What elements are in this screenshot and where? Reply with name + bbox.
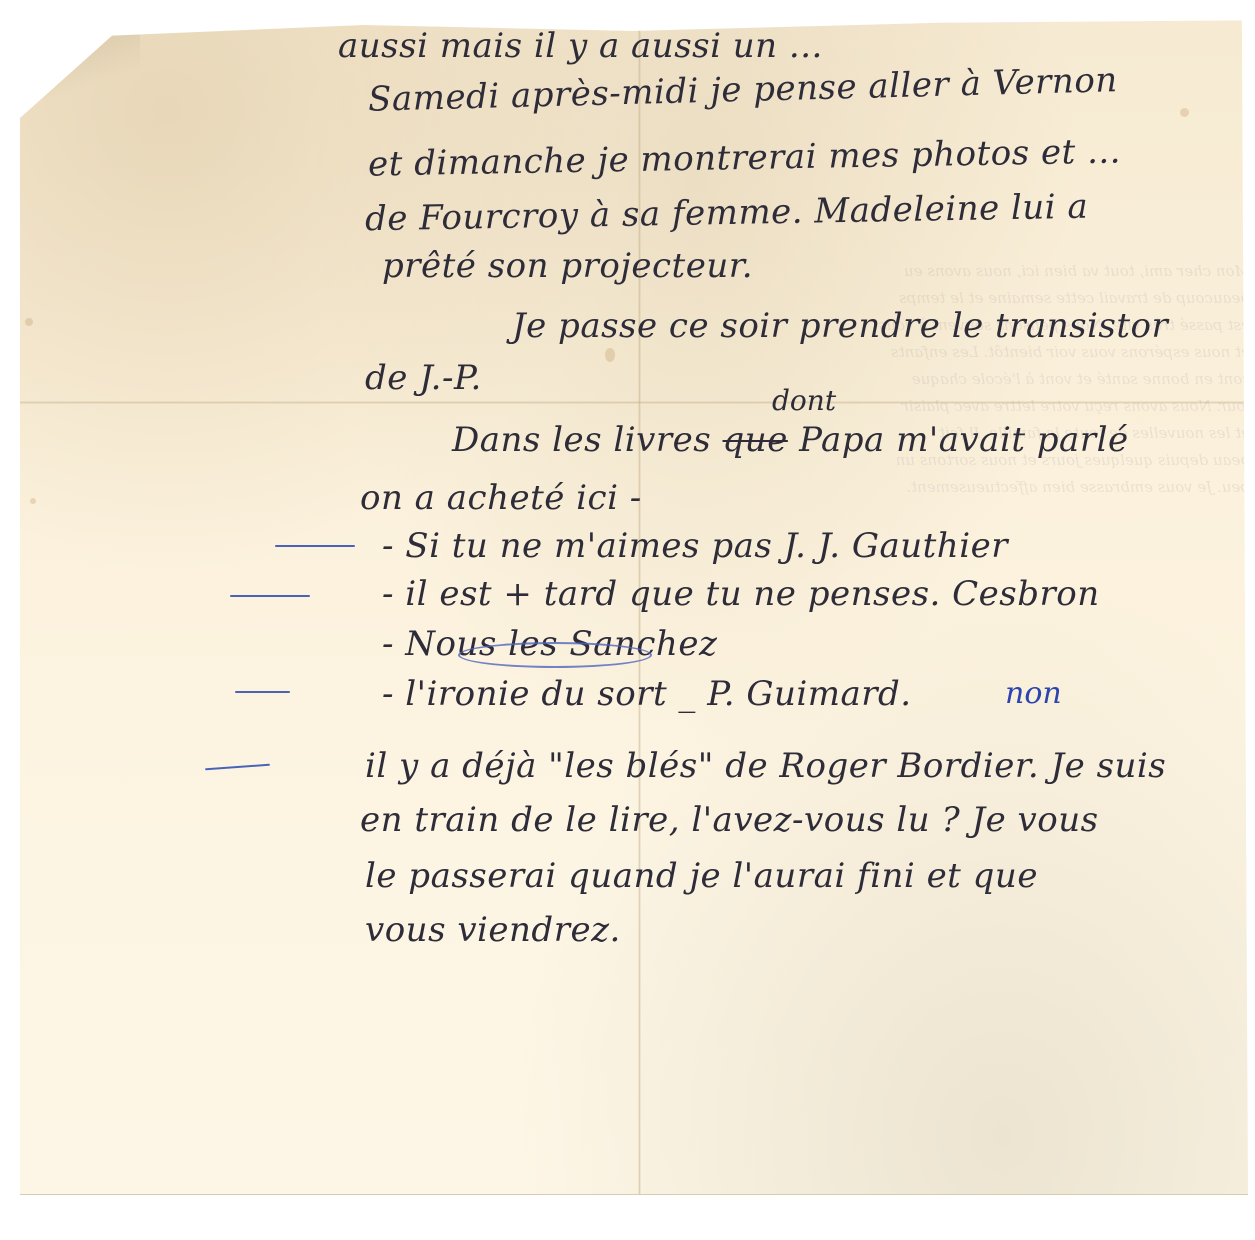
circle-annotation [458,642,652,668]
struck-word: que [723,420,788,460]
letter-page: Mon cher ami, tout va bien ici, nous avo… [20,18,1248,1195]
letter-line-15: en train de le lire, l'avez-vous lu ? Je… [360,800,1099,840]
letter-line-9: on a acheté ici - [360,478,642,518]
margin-check-mark [235,691,290,693]
inserted-word: dont [772,384,836,417]
letter-line-1: aussi mais il y a aussi un ... [338,26,823,66]
line-8-start: Dans les livres [452,420,711,460]
letter-line-2: Samedi après-midi je pense aller à Verno… [368,60,1119,120]
letter-line-7: de J.-P. [365,358,482,398]
margin-check-mark [275,545,355,547]
margin-check-mark [205,764,270,771]
foxing-stain [605,348,615,362]
foxing-stain [1180,108,1189,117]
letter-line-17: vous viendrez. [365,910,621,950]
letter-line-8: Dans les livres que Papa m'avait parlé [452,420,1129,460]
foxing-stain [25,318,33,326]
margin-check-mark [230,595,310,597]
letter-line-16: le passerai quand je l'aurai fini et que [365,856,1038,896]
letter-line-6: Je passe ce soir prendre le transistor [512,306,1168,346]
book-item-2: - il est + tard que tu ne penses. Cesbro… [382,574,1100,614]
letter-line-4: de Fourcroy à sa femme. Madeleine lui a [365,187,1089,240]
torn-corner [20,18,140,128]
blue-annotation-note: non [1005,676,1062,711]
book-item-1: - Si tu ne m'aimes pas J. J. Gauthier [382,526,1008,566]
book-item-4: - l'ironie du sort _ P. Guimard. [382,674,912,714]
letter-line-14: il y a déjà "les blés" de Roger Bordier.… [365,746,1166,786]
letter-line-3: et dimanche je montrerai mes photos et .… [368,131,1122,184]
letter-line-5: prêté son projecteur. [382,246,753,286]
line-8-end: Papa m'avait parlé [799,420,1128,460]
foxing-stain [30,498,36,504]
